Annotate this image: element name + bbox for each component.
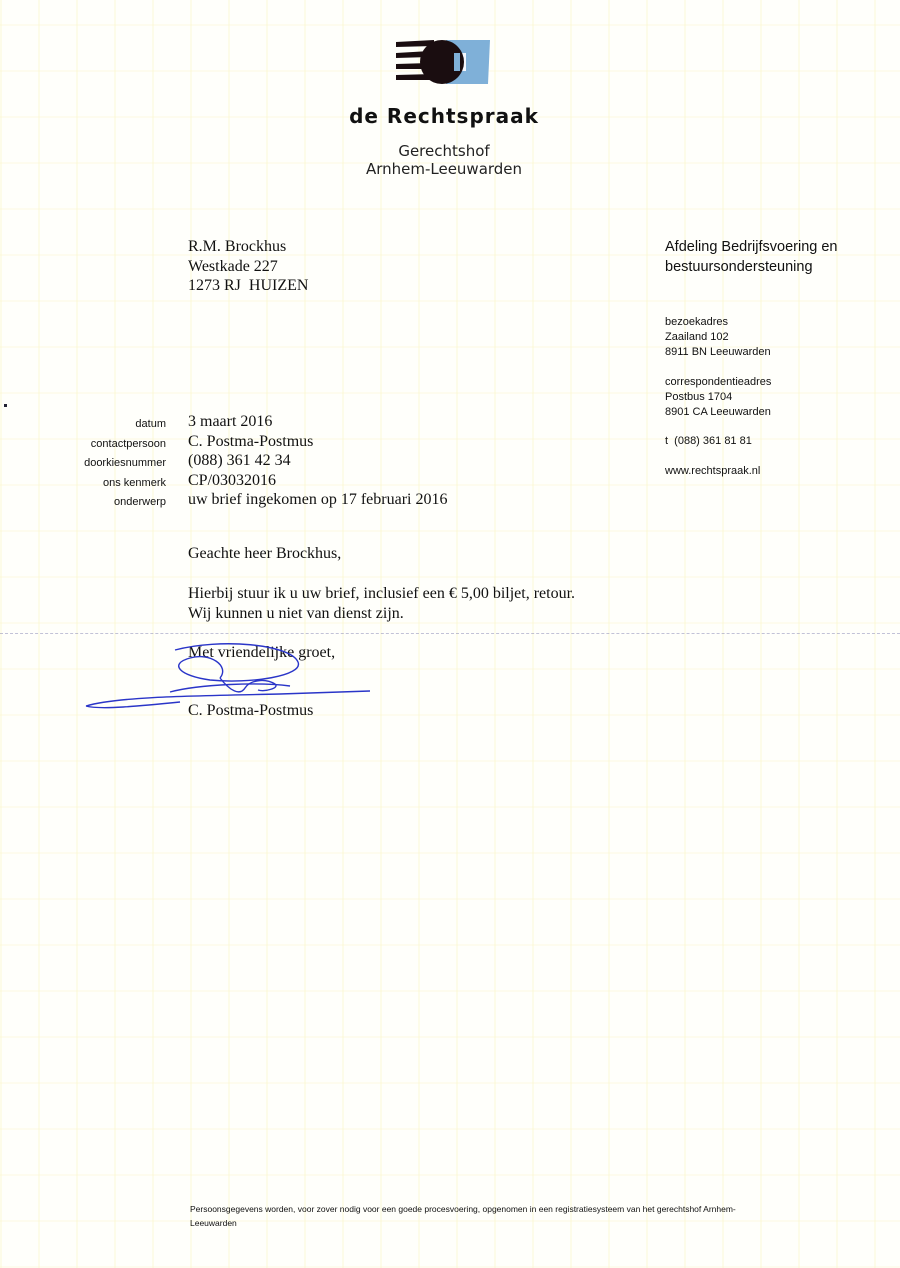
recipient-name: R.M. Brockhus	[188, 237, 308, 257]
mail-address: correspondentieadres Postbus 1704 8901 C…	[665, 375, 771, 420]
court-line-2: Arnhem-Leeuwarden	[0, 160, 888, 178]
meta-value-reference: CP/03032016	[188, 471, 447, 491]
sender-phone: t (088) 361 81 81	[665, 434, 752, 449]
signer-name: C. Postma-Postmus	[188, 702, 313, 720]
brand-name: de Rechtspraak	[0, 104, 888, 128]
visit-street: Zaailand 102	[665, 330, 771, 345]
mail-city: 8901 CA Leeuwarden	[665, 405, 771, 420]
recipient-address: R.M. Brockhus Westkade 227 1273 RJ HUIZE…	[188, 237, 308, 296]
fold-line	[0, 633, 900, 634]
meta-label-date: datum	[60, 415, 166, 435]
recipient-street: Westkade 227	[188, 257, 308, 277]
mail-label: correspondentieadres	[665, 375, 771, 390]
meta-label-subject: onderwerp	[60, 493, 166, 513]
salutation: Geachte heer Brockhus,	[188, 545, 341, 563]
body-line-1: Hierbij stuur ik u uw brief, inclusief e…	[188, 584, 575, 604]
meta-label-phone: doorkiesnummer	[60, 454, 166, 474]
meta-value-contact: C. Postma-Postmus	[188, 432, 447, 452]
meta-labels: datum contactpersoon doorkiesnummer ons …	[60, 415, 166, 513]
footer-line-2: Leeuwarden	[190, 1216, 830, 1230]
mail-box: Postbus 1704	[665, 390, 771, 405]
meta-value-phone: (088) 361 42 34	[188, 451, 447, 471]
sender-department: Afdeling Bedrijfsvoering en bestuursonde…	[665, 238, 838, 277]
court-line-1: Gerechtshof	[0, 142, 888, 160]
paper-watermark	[0, 0, 900, 1268]
visit-address: bezoekadres Zaailand 102 8911 BN Leeuwar…	[665, 315, 771, 360]
rechtspraak-logo-icon	[394, 38, 492, 86]
sender-website[interactable]: www.rechtspraak.nl	[665, 464, 760, 479]
department-line-1: Afdeling Bedrijfsvoering en	[665, 238, 838, 258]
meta-label-reference: ons kenmerk	[60, 474, 166, 494]
department-line-2: bestuursondersteuning	[665, 258, 838, 278]
meta-label-contact: contactpersoon	[60, 435, 166, 455]
visit-city: 8911 BN Leeuwarden	[665, 345, 771, 360]
footer-line-1: Persoonsgegevens worden, voor zover nodi…	[190, 1202, 830, 1216]
visit-label: bezoekadres	[665, 315, 771, 330]
privacy-footer: Persoonsgegevens worden, voor zover nodi…	[190, 1202, 830, 1230]
meta-values: 3 maart 2016 C. Postma-Postmus (088) 361…	[188, 412, 447, 510]
meta-value-date: 3 maart 2016	[188, 412, 447, 432]
meta-value-subject: uw brief ingekomen op 17 februari 2016	[188, 490, 447, 510]
scan-speck	[4, 404, 7, 407]
body-line-2: Wij kunnen u niet van dienst zijn.	[188, 604, 575, 624]
recipient-city: 1273 RJ HUIZEN	[188, 276, 308, 296]
court-name: Gerechtshof Arnhem-Leeuwarden	[0, 142, 888, 178]
letter-body: Hierbij stuur ik u uw brief, inclusief e…	[188, 584, 575, 624]
